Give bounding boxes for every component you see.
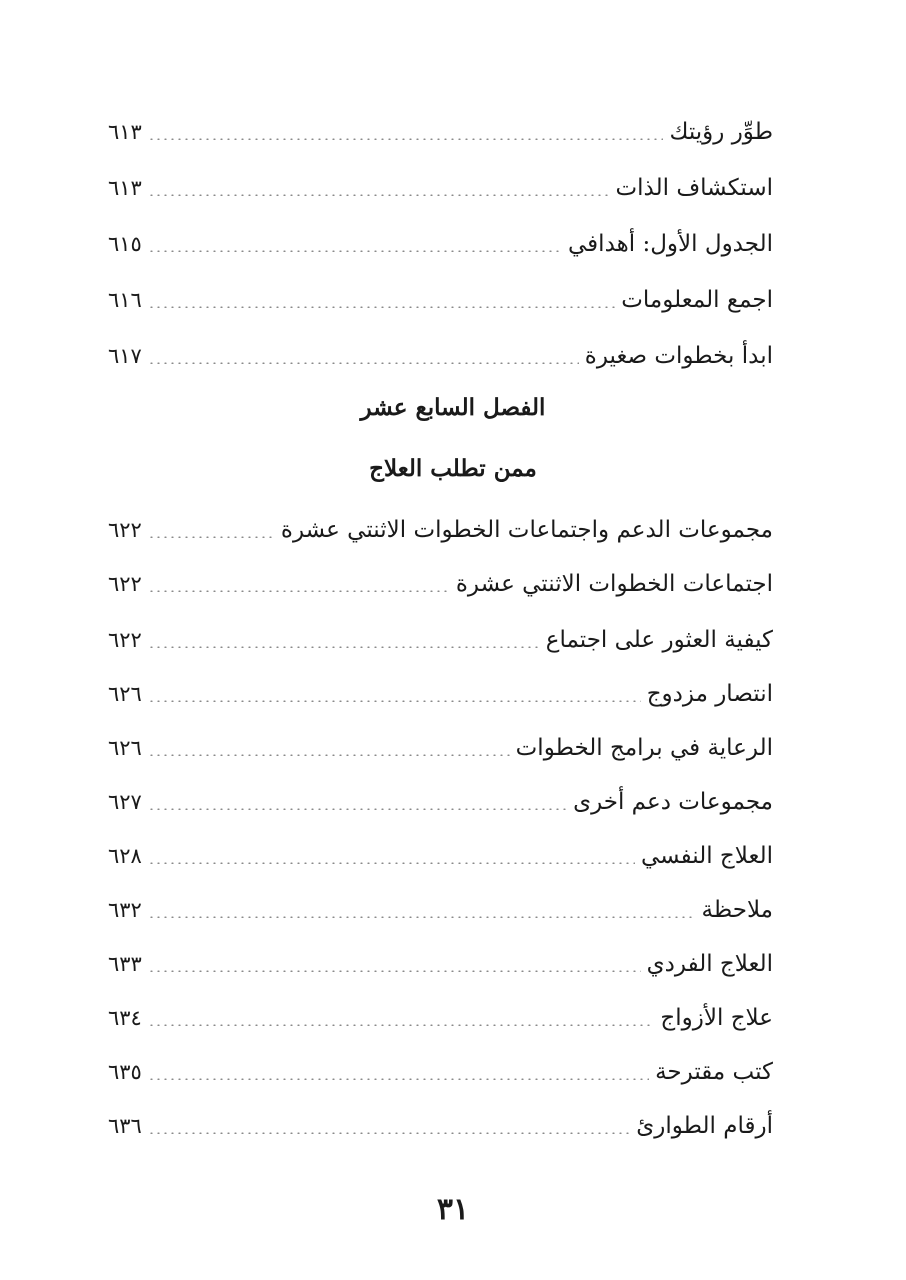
toc-entry[interactable]: طوِّر رؤيتك ٦١٣	[108, 112, 773, 152]
toc-entry-page: ٦١٦	[108, 288, 142, 312]
toc-entry-title: اجتماعات الخطوات الاثنتي عشرة	[456, 571, 773, 597]
toc-entry[interactable]: ملاحظة ٦٣٢	[108, 890, 773, 930]
chapter-label: الفصل السابع عشر	[0, 394, 906, 421]
dot-leader	[148, 362, 579, 364]
toc-entry[interactable]: كتب مقترحة ٦٣٥	[108, 1052, 773, 1092]
toc-entry[interactable]: كيفية العثور على اجتماع ٦٢٢	[108, 620, 773, 660]
toc-entry-title: الرعاية في برامج الخطوات	[516, 735, 773, 761]
toc-entry-title: علاج الأزواج	[660, 1005, 773, 1031]
dot-leader	[148, 970, 641, 972]
page-number: ٣١	[0, 1192, 906, 1227]
dot-leader	[148, 1078, 649, 1080]
toc-entry-title: كتب مقترحة	[655, 1059, 773, 1085]
toc-entry-page: ٦٣٣	[108, 952, 142, 976]
toc-entry-page: ٦٢٢	[108, 628, 142, 652]
dot-leader	[148, 1132, 630, 1134]
toc-entry[interactable]: ابدأ بخطوات صغيرة ٦١٧	[108, 336, 773, 376]
dot-leader	[148, 194, 610, 196]
dot-leader	[148, 916, 696, 918]
toc-entry-page: ٦٣٢	[108, 898, 142, 922]
toc-entry-page: ٦٣٤	[108, 1006, 142, 1030]
toc-entry[interactable]: اجمع المعلومات ٦١٦	[108, 280, 773, 320]
toc-entry-page: ٦٣٦	[108, 1114, 142, 1138]
toc-entry-title: طوِّر رؤيتك	[669, 119, 773, 145]
dot-leader	[148, 754, 510, 756]
toc-entry-page: ٦٢٢	[108, 572, 142, 596]
toc-entry-title: مجموعات الدعم واجتماعات الخطوات الاثنتي …	[281, 517, 773, 543]
toc-entry-title: ابدأ بخطوات صغيرة	[585, 343, 773, 369]
toc-entry-page: ٦٢٧	[108, 790, 142, 814]
toc-entry[interactable]: علاج الأزواج ٦٣٤	[108, 998, 773, 1038]
document-page: طوِّر رؤيتك ٦١٣ استكشاف الذات ٦١٣ الجدول…	[0, 0, 906, 1280]
toc-entry-title: العلاج النفسي	[641, 843, 773, 869]
dot-leader	[148, 138, 664, 140]
toc-entry[interactable]: استكشاف الذات ٦١٣	[108, 168, 773, 208]
toc-entry-page: ٦١٣	[108, 176, 142, 200]
toc-entry-title: العلاج الفردي	[647, 951, 773, 977]
toc-entry[interactable]: مجموعات دعم أخرى ٦٢٧	[108, 782, 773, 822]
dot-leader	[148, 646, 540, 648]
toc-entry-page: ٦١٧	[108, 344, 142, 368]
toc-entry-page: ٦٢٦	[108, 682, 142, 706]
dot-leader	[148, 862, 635, 864]
dot-leader	[148, 1024, 655, 1026]
toc-entry-page: ٦٢٢	[108, 518, 142, 542]
toc-entry-page: ٦٢٦	[108, 736, 142, 760]
toc-entry-title: استكشاف الذات	[616, 175, 774, 201]
dot-leader	[148, 808, 567, 810]
toc-entry-title: مجموعات دعم أخرى	[573, 789, 773, 815]
toc-entry-page: ٦١٥	[108, 232, 142, 256]
toc-entry-title: أرقام الطوارئ	[636, 1113, 773, 1139]
dot-leader	[148, 590, 450, 592]
dot-leader	[148, 536, 275, 538]
toc-entry-title: انتصار مزدوج	[647, 681, 773, 707]
toc-entry[interactable]: العلاج النفسي ٦٢٨	[108, 836, 773, 876]
chapter-title: ممن تطلب العلاج	[0, 455, 906, 482]
toc-entry-title: الجدول الأول: أهدافي	[568, 231, 773, 257]
toc-entry-title: اجمع المعلومات	[621, 287, 773, 313]
toc-entry[interactable]: انتصار مزدوج ٦٢٦	[108, 674, 773, 714]
toc-entry-page: ٦١٣	[108, 120, 142, 144]
toc-entry-title: كيفية العثور على اجتماع	[546, 627, 773, 653]
toc-entry-page: ٦٢٨	[108, 844, 142, 868]
dot-leader	[148, 700, 641, 702]
toc-entry[interactable]: الرعاية في برامج الخطوات ٦٢٦	[108, 728, 773, 768]
toc-entry[interactable]: أرقام الطوارئ ٦٣٦	[108, 1106, 773, 1146]
toc-entry-page: ٦٣٥	[108, 1060, 142, 1084]
toc-entry[interactable]: اجتماعات الخطوات الاثنتي عشرة ٦٢٢	[108, 564, 773, 604]
dot-leader	[148, 250, 562, 252]
toc-entry[interactable]: مجموعات الدعم واجتماعات الخطوات الاثنتي …	[108, 510, 773, 550]
dot-leader	[148, 306, 615, 308]
toc-entry[interactable]: العلاج الفردي ٦٣٣	[108, 944, 773, 984]
toc-entry[interactable]: الجدول الأول: أهدافي ٦١٥	[108, 224, 773, 264]
toc-entry-title: ملاحظة	[702, 897, 773, 923]
